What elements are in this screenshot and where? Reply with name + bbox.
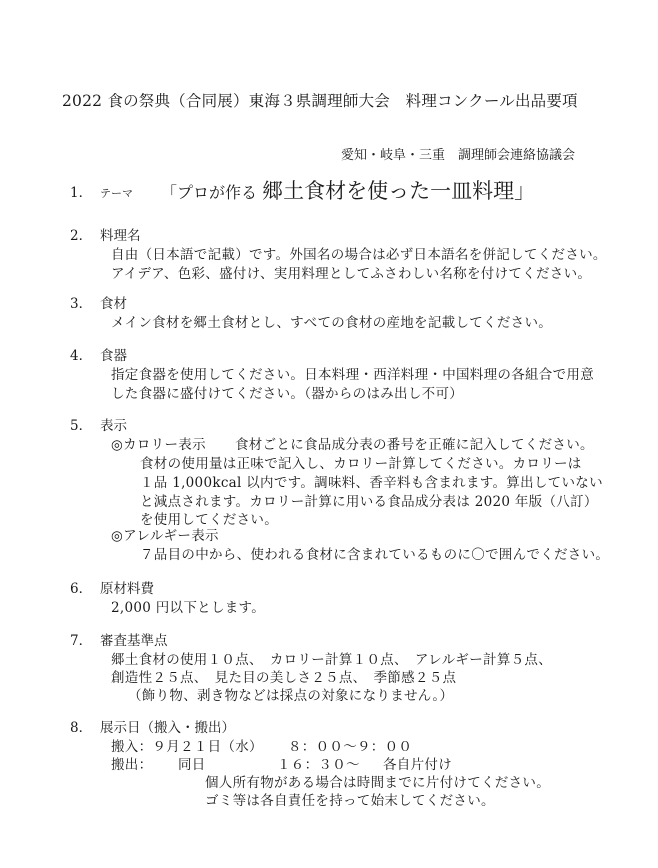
section-heading: 食材 (100, 296, 127, 312)
section-number: 7． (70, 629, 100, 649)
body-line: 2,000 円以下とします。 (111, 596, 265, 616)
theme-prefix: 「プロが作る (161, 183, 257, 202)
section-number: 2． (70, 224, 100, 244)
theme-main: 郷土食材を使った一皿料理」 (262, 179, 535, 203)
carry-out-day: 同日 (178, 753, 206, 773)
section-heading: 料理名 (100, 228, 141, 244)
section-cost: 6．原材料費 (70, 577, 154, 597)
body-line: した食器に盛付けてください。（器からのはみ出し不可） (111, 382, 463, 402)
section-exhibition: 8．展示日（搬入・搬出） (70, 716, 235, 736)
carry-in-label: 搬入：９月２１日（水） (111, 735, 263, 755)
section-heading: 展示日（搬入・搬出） (100, 720, 235, 736)
theme-text: 「プロが作る 郷土食材を使った一皿料理」 (161, 175, 535, 205)
section-theme: 1．テーマ (70, 181, 133, 201)
section-ingredients: 3．食材 (70, 292, 127, 312)
body-line: 指定食器を使用してください。日本料理・西洋料理・中国料理の各組合で用意 (111, 363, 594, 383)
organizer-name: 愛知・岐阜・三重 調理師会連絡協議会 (341, 144, 575, 163)
exhibition-note: 個人所有物がある場合は時間までに片付けてください。 (205, 771, 550, 791)
allergy-line: ７品目の中から、使われる食材に含まれているものに〇で囲んでください。 (140, 543, 609, 563)
section-tableware: 4．食器 (70, 344, 127, 364)
section-heading: テーマ (100, 187, 133, 200)
body-line: アイデア、色彩、盛付け、実用料理としてふさわしい名称を付けてください。 (111, 262, 591, 282)
document-title: 2022 食の祭典（合同展）東海３県調理師大会 料理コンクール出品要項 (62, 89, 578, 111)
section-number: 6． (70, 577, 100, 597)
body-line: メイン食材を郷土食材とし、すべての食材の産地を記載してください。 (111, 311, 552, 331)
section-number: 5． (70, 414, 100, 434)
section-number: 4． (70, 344, 100, 364)
section-heading: 原材料費 (100, 581, 154, 597)
calorie-line: 食材の使用量は正味で記入し、カロリー計算してください。カロリーは (140, 452, 582, 472)
exhibition-note: ゴミ等は各自責任を持って始末してください。 (205, 789, 495, 809)
section-number: 8． (70, 716, 100, 736)
calorie-label: ◎カロリー表示 (111, 433, 206, 453)
section-labeling: 5．表示 (70, 414, 127, 434)
carry-out-label: 搬出： (111, 753, 152, 773)
section-heading: 食器 (100, 348, 127, 364)
carry-out-note: 各自片付け (383, 753, 452, 773)
section-judging: 7．審査基準点 (70, 629, 168, 649)
section-number: 3． (70, 292, 100, 312)
criteria-note: （飾り物、剥き物などは採点の対象になりません。） (128, 684, 453, 704)
body-line: 自由（日本語で記載）です。外国名の場合は必ず日本語名を併記してください。 (111, 243, 607, 263)
section-heading: 表示 (100, 418, 127, 434)
allergy-label: ◎アレルギー表示 (111, 524, 219, 544)
section-heading: 審査基準点 (100, 633, 168, 649)
calorie-line: １品 1,000kcal 以内です。調味料、香辛料も含まれます。算出していない (140, 471, 603, 491)
criteria-line: 創造性２５点、 見た目の美しさ２５点、 季節感２５点 (111, 666, 456, 686)
carry-in-time: ８：００～９：００ (288, 735, 412, 755)
criteria-line: 郷土食材の使用１０点、 カロリー計算１０点、 アレルギー計算５点、 (111, 648, 552, 668)
calorie-first-line: 食材ごとに食品成分表の番号を正確に記入してください。 (235, 433, 594, 453)
calorie-line: と減点されます。カロリー計算に用いる食品成分表は 2020 年版（八訂） (140, 490, 598, 510)
section-dish-name: 2．料理名 (70, 224, 141, 244)
section-number: 1． (70, 181, 100, 201)
carry-out-time: １６：３０～ (277, 753, 360, 773)
